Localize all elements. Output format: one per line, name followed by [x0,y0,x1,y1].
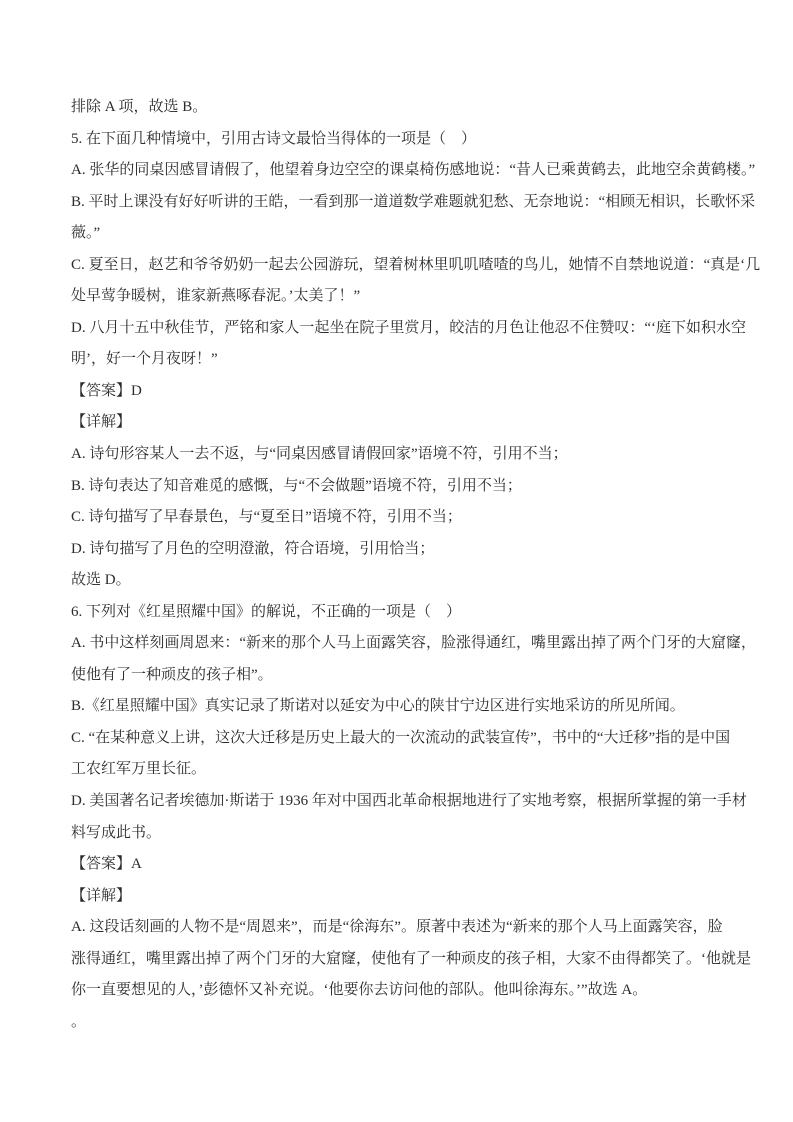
text-line: 【答案】A [71,849,723,881]
text-line: 排除 A 项，故选 B。 [71,92,723,124]
text-line: A. 书中这样刻画周恩来：“新来的那个人马上面露笑容，脸涨得通红，嘴里露出掉了两… [71,628,723,660]
text-line: B. 平时上课没有好好听讲的王皓，一看到那一道道数学难题就犯愁、无奈地说：“相顾… [71,187,723,219]
text-line: 处早莺争暖树，谁家新燕啄春泥。’太美了！” [71,281,723,313]
text-line: D. 诗句描写了月色的空明澄澈，符合语境，引用恰当； [71,534,723,566]
text-line: B.《红星照耀中国》真实记录了斯诺对以延安为中心的陕甘宁边区进行实地采访的所见所… [71,691,723,723]
text-line: 使他有了一种顽皮的孩子相”。 [71,660,723,692]
text-line: 工农红军万里长征。 [71,754,723,786]
text-line: 。 [71,1007,723,1039]
text-line: B. 诗句表达了知音难觅的感慨，与“不会做题”语境不符，引用不当； [71,471,723,503]
document-body: 排除 A 项，故选 B。5. 在下面几种情境中，引用古诗文最恰当得体的一项是（ … [71,92,723,1038]
text-line: 6. 下列对《红星照耀中国》的解说，不正确的一项是（ ） [71,597,723,629]
text-line: D. 八月十五中秋佳节，严铭和家人一起坐在院子里赏月，皎洁的月色让他忍不住赞叹：… [71,313,723,345]
text-line: C. “在某种意义上讲，这次大迁移是历史上最大的一次流动的武装宣传”，书中的“大… [71,723,723,755]
text-line: 明’，好一个月夜呀！” [71,344,723,376]
text-line: A. 诗句形容某人一去不返，与“同桌因感冒请假回家”语境不符，引用不当； [71,439,723,471]
text-line: A. 这段话刻画的人物不是“周恩来”，而是“徐海东”。原著中表述为“新来的那个人… [71,912,723,944]
document-page: 排除 A 项，故选 B。5. 在下面几种情境中，引用古诗文最恰当得体的一项是（ … [0,0,793,1122]
text-line: 涨得通红，嘴里露出掉了两个门牙的大窟窿，使他有了一种顽皮的孩子相，大家不由得都笑… [71,944,723,976]
text-line: 5. 在下面几种情境中，引用古诗文最恰当得体的一项是（ ） [71,124,723,156]
text-line: C. 夏至日，赵艺和爷爷奶奶一起去公园游玩，望着树林里叽叽喳喳的鸟儿，她情不自禁… [71,250,723,282]
text-line: 薇。” [71,218,723,250]
text-line: 故选 D。 [71,565,723,597]
text-line: 【详解】 [71,881,723,913]
text-line: C. 诗句描写了早春景色，与“夏至日”语境不符，引用不当； [71,502,723,534]
text-line: 料写成此书。 [71,818,723,850]
text-line: 你一直要想见的人，’彭德怀又补充说。‘他要你去访问他的部队。他叫徐海东。’”故选… [71,975,723,1007]
text-line: D. 美国著名记者埃德加·斯诺于 1936 年对中国西北革命根据地进行了实地考察… [71,786,723,818]
text-line: A. 张华的同桌因感冒请假了，他望着身边空空的课桌椅伤感地说：“昔人已乘黄鹤去，… [71,155,723,187]
text-line: 【答案】D [71,376,723,408]
text-line: 【详解】 [71,407,723,439]
